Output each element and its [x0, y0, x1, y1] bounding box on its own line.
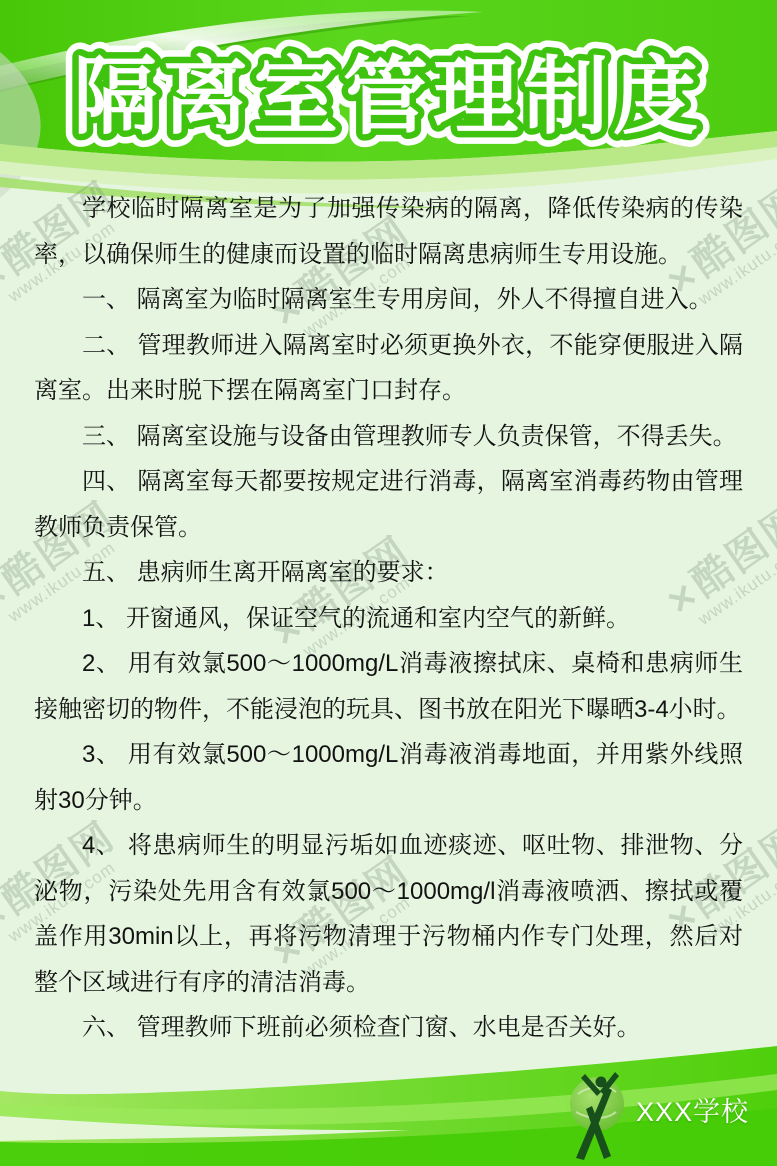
policy-item-5-1: 1、 开窗通风，保证空气的流通和室内空气的新鲜。: [34, 596, 743, 642]
policy-item-6: 六、 管理教师下班前必须检查门窗、水电是否关好。: [34, 1005, 743, 1051]
policy-item-5-3: 3、 用有效氯500～1000mg/L消毒液消毒地面，并用紫外线照射30分钟。: [34, 732, 743, 823]
policy-item-5: 五、 患病师生离开隔离室的要求：: [34, 550, 743, 596]
ikutu-logo-icon: ✕: [0, 572, 17, 621]
policy-item-2: 二、 管理教师进入隔离室时必须更换外衣，不能穿便服进入隔离室。出来时脱下摆在隔离…: [34, 323, 743, 414]
policy-item-3: 三、 隔离室设施与设备由管理教师专人负责保管，不得丢失。: [34, 414, 743, 460]
page-title: 隔离室管理制度: [73, 50, 703, 145]
school-name: XXX学校: [636, 1090, 749, 1129]
policy-item-1: 一、 隔离室为临时隔离室生专用房间，外人不得擅自进入。: [34, 277, 743, 323]
intro-paragraph: 学校临时隔离室是为了加强传染病的隔离，降低传染病的传染率，以确保师生的健康而设置…: [34, 186, 743, 277]
policy-item-5-2: 2、 用有效氯500～1000mg/L消毒液擦拭床、桌椅和患病师生接触密切的物件…: [34, 641, 743, 732]
ikutu-logo-icon: ✕: [0, 252, 17, 301]
policy-item-5-4: 4、 将患病师生的明显污垢如血迹痰迹、呕吐物、排泄物、分泌物，污染处先用含有效氯…: [34, 823, 743, 1005]
poster-title-block: 隔离室管理制度 隔离室管理制度 隔离室管理制度: [0, 22, 777, 162]
ikutu-logo-icon: ✕: [0, 892, 17, 941]
poster-page: 隔离室管理制度 隔离室管理制度 隔离室管理制度 ✕酷图网 www.ikutu.c…: [0, 0, 777, 1166]
policy-text-body: 学校临时隔离室是为了加强传染病的隔离，降低传染病的传染率，以确保师生的健康而设置…: [34, 186, 743, 1051]
policy-item-4: 四、 隔离室每天都要按规定进行消毒，隔离室消毒药物由管理教师负责保管。: [34, 459, 743, 550]
